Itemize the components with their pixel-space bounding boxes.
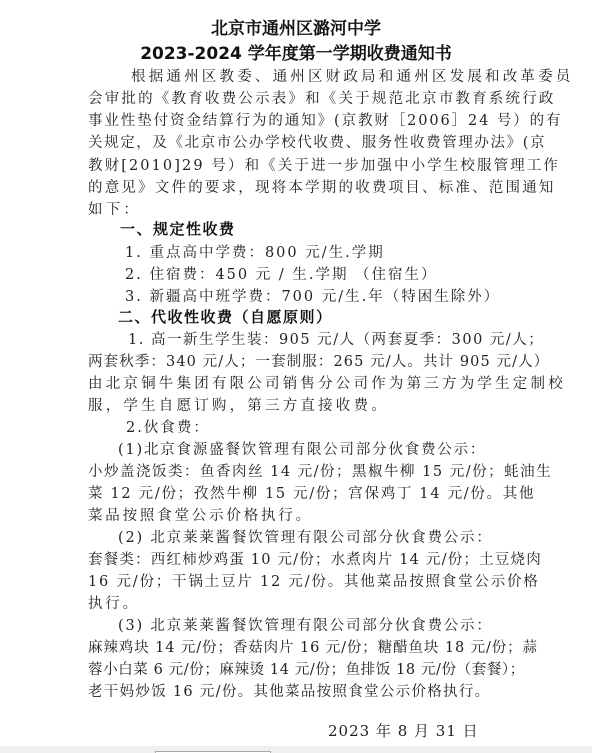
intro-line: 事业性垫付资金结算行为的通知》(京教财［2006］24 号）的有: [88, 109, 562, 130]
vendor2-line: 16 元/份；干锅土豆片 12 元/份。其他菜品按照食堂公示价格: [88, 570, 540, 591]
meal-fee-heading: 2.伙食费：: [126, 416, 210, 437]
vendor1-line: 菜品按照食堂公示价格执行。: [88, 504, 313, 525]
intro-line: 的意见》文件的要求，现将本学期的收费项目、标准、范围通知: [88, 176, 556, 197]
vendor1-line: (1)北京食源盛餐饮管理有限公司部分伙食费公示：: [118, 438, 486, 459]
fee-item: 1. 重点高中学费：800 元/生.学期: [125, 241, 385, 262]
vendor1-line: 小炒盖浇饭类：鱼香肉丝 14 元/份；黑椒牛柳 15 元/份；蚝油生: [88, 460, 552, 481]
uniform-line: 由北京铜牛集团有限公司销售分公司作为第三方为学生定制校: [88, 372, 566, 393]
uniform-line: 两套秋季：340 元/人；一套制服：265 元/人。共计 905 元/人）: [88, 350, 549, 371]
vendor2-line: 套餐类：西红柿炒鸡蛋 10 元/份；水煮肉片 14 元/份；土豆烧肉: [88, 548, 542, 569]
school-name-title: 北京市通州区潞河中学: [0, 14, 592, 39]
vendor3-line: 蓉小白菜 6 元/份；麻辣烫 14 元/份；鱼排饭 18 元/份（套餐）；: [88, 658, 525, 679]
fee-item: 2. 住宿费：450 元 / 生.学期 （住宿生）: [125, 263, 438, 284]
bottom-toolbar: [0, 746, 592, 753]
uniform-line: 1. 高一新生学生装：905 元/人（两套夏季：300 元/人；: [128, 328, 544, 349]
fee-item: 3. 新疆高中班学费：700 元/生.年（特困生除外）: [125, 285, 500, 306]
intro-line: 根据通州区教委、通州区财政局和通州区发展和改革委员: [131, 65, 574, 86]
vendor1-line: 菜 12 元/份；孜然牛柳 15 元/份；宫保鸡丁 14 元/份。其他: [88, 482, 535, 503]
intro-line: 教财[2010]29 号）和《关于进一步加强中小学生校服管理工作: [88, 154, 560, 175]
intro-line: 会审批的《教育收费公示表》和《关于规范北京市教育系统行政: [88, 87, 556, 108]
uniform-line: 服，学生自愿订购，第三方直接收费。: [88, 394, 389, 415]
vendor2-line: (2) 北京莱莱酱餐饮管理有限公司部分伙食费公示：: [118, 526, 493, 547]
intro-line: 关规定，及《北京市公办学校代收费、服务性收费管理办法》(京: [88, 131, 546, 152]
notice-date: 2023 年 8 月 31 日: [328, 720, 479, 741]
intro-line: 如下：: [88, 198, 141, 219]
vendor2-line: 执行。: [88, 592, 140, 613]
notice-title: 2023-2024 学年度第一学期收费通知书: [0, 39, 592, 64]
section2-heading: 二、代收性收费（自愿原则）: [118, 306, 333, 327]
section1-heading: 一、规定性收费: [120, 218, 236, 239]
vendor3-line: 老干妈炒饭 16 元/份。其他菜品按照食堂公示价格执行。: [88, 680, 490, 701]
vendor3-line: (3) 北京莱莱酱餐饮管理有限公司部分伙食费公示：: [118, 614, 493, 635]
document-page: 北京市通州区潞河中学 2023-2024 学年度第一学期收费通知书 根据通州区教…: [0, 0, 592, 747]
vendor3-line: 麻辣鸡块 14 元/份；香菇肉片 16 元/份；糖醋鱼块 18 元/份；蒜: [88, 636, 538, 657]
